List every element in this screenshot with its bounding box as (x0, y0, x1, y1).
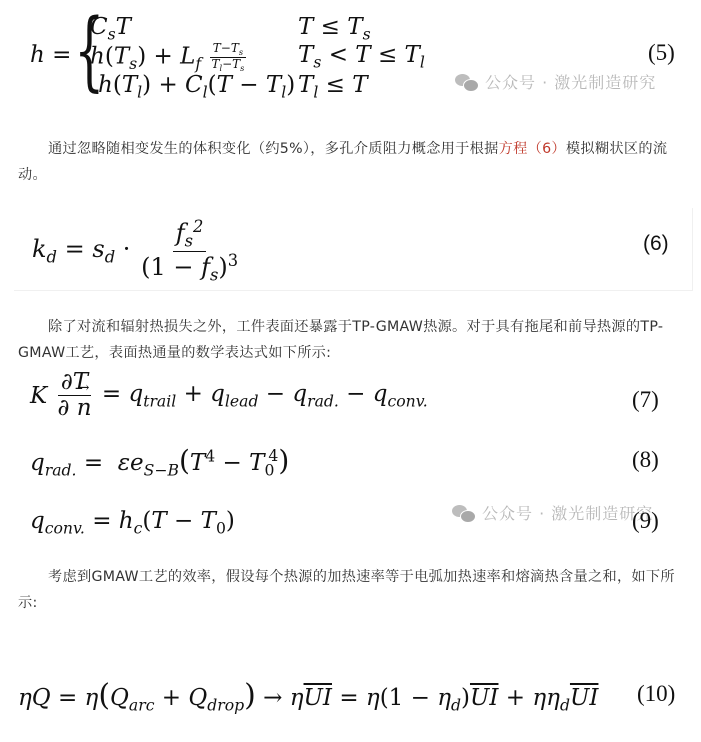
eq6-number: (6) (643, 232, 669, 256)
eq10-number: (10) (637, 681, 675, 707)
paragraph-1-text: 通过忽略随相变发生的体积变化（约5%），多孔介质阻力概念用于根据 (48, 141, 499, 157)
equation-7: K ∂T∂ n→ = qtrail + qlead − qrad. − qcon… (30, 370, 428, 422)
wechat-icon (452, 504, 476, 522)
equation-10: ηQ = η(Qarc + Qdrop) → ηUI = η(1 − ηd)UI… (18, 678, 598, 714)
eq5-number: (5) (648, 40, 675, 66)
equation-6-reference-link[interactable]: 方程（6） (499, 141, 566, 157)
paragraph-2: 除了对流和辐射热损失之外，工件表面还暴露于TP-GMAW热源。对于具有拖尾和前导… (18, 314, 690, 366)
equation-5: h = { CsT h(Ts) + Lf T−TsTl−Ts h(Tl) + C… (30, 10, 450, 105)
eq9-number: (9) (632, 508, 659, 534)
eq5-case2-cond: Ts < T ≤ Tl (298, 42, 425, 71)
watermark-text: 公众号 · 激光制造研究 (485, 70, 656, 93)
eq5-case1-expr: CsT (90, 14, 131, 43)
eq8-number: (8) (632, 447, 659, 473)
watermark-text-2: 公众号 · 激光制造研究 (482, 501, 653, 524)
watermark-2: 公众号 · 激光制造研究 (452, 501, 653, 524)
eq5-lhs: h = (30, 42, 71, 68)
eq5-case2-expr: h(Ts) + Lf T−TsTl−Ts (90, 42, 247, 73)
eq5-case3-expr: h(Tl) + Cl(T − Tl) (98, 72, 295, 101)
paragraph-3: 考虑到GMAW工艺的效率，假设每个热源的加热速率等于电弧加热速率和熔滴热含量之和… (18, 564, 690, 616)
paragraph-1: 通过忽略随相变发生的体积变化（约5%），多孔介质阻力概念用于根据方程（6）模拟糊… (18, 136, 690, 188)
equation-8: qrad. = εeS−B(T4 − T04) (30, 444, 289, 479)
wechat-icon (455, 73, 479, 91)
equation-9: qconv. = hc(T − T0) (30, 508, 235, 537)
eq7-number: (7) (632, 387, 659, 413)
equation-6: kd = sd · fs2(1 − fs)3 (32, 218, 241, 284)
eq5-case3-cond: Tl ≤ T (298, 72, 368, 101)
watermark: 公众号 · 激光制造研究 (455, 70, 656, 93)
eq5-case1-cond: T ≤ Ts (298, 14, 371, 43)
